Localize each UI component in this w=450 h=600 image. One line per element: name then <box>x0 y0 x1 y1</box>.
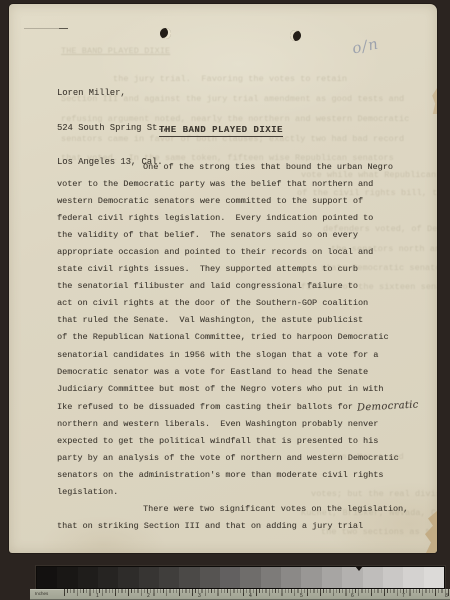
gray-step <box>139 567 159 588</box>
ruler-number: 5 <box>300 593 303 599</box>
pencil-mark <box>24 28 68 29</box>
ruler-minor-ticks <box>64 589 450 593</box>
typescript-line: senatorial candidates in 1956 with the s… <box>57 347 427 364</box>
sender-street: 524 South Spring St., <box>57 123 168 135</box>
typescript-line-text: the senatorial filibuster and laid congr… <box>57 281 358 291</box>
typescript-line: the senatorial filibuster and laid congr… <box>57 278 427 295</box>
typescript-line-text: Judiciary Committee but most of the Negr… <box>57 384 383 394</box>
gray-step <box>301 567 321 588</box>
ruler-number: 3 <box>198 593 201 599</box>
gray-step <box>179 567 199 588</box>
typescript-line: Democratic senator was a vote for Eastla… <box>57 364 427 381</box>
typescript-line: senators on the administration's more th… <box>57 467 427 484</box>
typescript-line: party by an analysis of the vote of nort… <box>57 450 427 467</box>
typescript-line: northern and western liberals. Even Wash… <box>57 416 427 433</box>
gray-step <box>37 567 57 588</box>
typescript-body: One of the strong ties that bound the ur… <box>57 159 427 535</box>
ruler-number: 8 <box>445 593 448 599</box>
typescript-line: expected to get the political windfall t… <box>57 433 427 450</box>
typescript-line: legislation. <box>57 484 427 501</box>
sender-name: Loren Miller, <box>57 88 168 100</box>
calibration-marker-icon <box>355 566 363 571</box>
ruler-number: 6 <box>351 593 354 599</box>
typescript-line: act on civil rights at the door of the S… <box>57 295 427 312</box>
grayscale-calibration-bar <box>36 566 445 589</box>
gray-step <box>240 567 260 588</box>
typescript-line-text: of the Republican National Committee, tr… <box>57 332 389 342</box>
gray-step <box>220 567 240 588</box>
typescript-line: voter to the Democratic party was the be… <box>57 176 427 193</box>
typescript-line-text: senatorial candidates in 1956 with the s… <box>57 350 378 360</box>
typescript-line-text: appropriate occasion and pointed to thei… <box>57 247 373 257</box>
typescript-line-text: act on civil rights at the door of the S… <box>57 298 368 308</box>
typescript-line: There were two significant votes on the … <box>57 501 427 518</box>
torn-edge <box>431 88 437 114</box>
document-title: THE BAND PLAYED DIXIE <box>159 125 283 137</box>
ruler-number: 1 <box>96 593 99 599</box>
typescript-line-text: legislation. <box>57 487 118 497</box>
typescript-line: appropriate occasion and pointed to thei… <box>57 244 427 261</box>
typescript-line-text: the validity of that belief. The senator… <box>57 230 358 240</box>
archival-scan: o/n THE BAND PLAYED DIXIEthe jury trial.… <box>0 0 450 600</box>
typescript-line: Judiciary Committee but most of the Negr… <box>57 381 427 398</box>
ruler: Inches 12345678 <box>30 589 450 600</box>
typescript-line-text: There were two significant votes on the … <box>143 504 408 514</box>
ruler-number: 2 <box>147 593 150 599</box>
handwritten-insertion: Democratic <box>356 396 418 416</box>
gray-step <box>403 567 423 588</box>
typescript-line: Ike refused to be dissuaded from casting… <box>57 398 427 416</box>
gray-step <box>57 567 77 588</box>
gray-step <box>281 567 301 588</box>
gray-step <box>424 567 444 588</box>
typescript-line: One of the strong ties that bound the ur… <box>57 159 427 176</box>
gray-step <box>98 567 118 588</box>
typescript-line: federal civil rights legislation. Every … <box>57 210 427 227</box>
typescript-line-text: western Democratic senators were committ… <box>57 196 363 206</box>
gray-step <box>159 567 179 588</box>
typescript-line-text: that on striking Section III and that on… <box>57 521 363 531</box>
typescript-line-text: state civil rights issues. They supporte… <box>57 264 358 274</box>
typescript-line-text: One of the strong ties that bound the ur… <box>143 162 393 172</box>
typescript-line-text: Ike refused to be dissuaded from casting… <box>57 402 353 412</box>
typescript-line-text: senators on the administration's more th… <box>57 470 383 480</box>
gray-step <box>200 567 220 588</box>
ruler-number: 4 <box>249 593 252 599</box>
gray-step <box>363 567 383 588</box>
ruler-label: Inches <box>35 591 48 596</box>
typescript-line-text: federal civil rights legislation. Every … <box>57 213 373 223</box>
typescript-line: western Democratic senators were committ… <box>57 193 427 210</box>
punch-hole-right-icon <box>290 30 301 41</box>
ruler-number: 7 <box>402 593 405 599</box>
typescript-line: that on striking Section III and that on… <box>57 518 427 535</box>
typescript-line-text: expected to get the political windfall t… <box>57 436 378 446</box>
handwritten-annotation: o/n <box>350 34 380 57</box>
typescript-line: the validity of that belief. The senator… <box>57 227 427 244</box>
typescript-line-text: party by an analysis of the vote of nort… <box>57 453 399 463</box>
typescript-line: of the Republican National Committee, tr… <box>57 329 427 346</box>
gray-step <box>118 567 138 588</box>
gray-step <box>78 567 98 588</box>
typescript-line-text: voter to the Democratic party was the be… <box>57 179 373 189</box>
gray-step <box>261 567 281 588</box>
gray-step <box>322 567 342 588</box>
typescript-line-text: Democratic senator was a vote for Eastla… <box>57 367 368 377</box>
gray-step <box>383 567 403 588</box>
typescript-line: that ruled the Senate. Val Washington, t… <box>57 312 427 329</box>
punch-hole-left-icon <box>160 28 171 39</box>
typescript-line: state civil rights issues. They supporte… <box>57 261 427 278</box>
typescript-line-text: that ruled the Senate. Val Washington, t… <box>57 315 363 325</box>
typescript-line-text: northern and western liberals. Even Wash… <box>57 419 378 429</box>
ghost-text-line: THE BAND PLAYED DIXIE <box>61 46 170 56</box>
document-page: o/n THE BAND PLAYED DIXIEthe jury trial.… <box>9 4 437 553</box>
